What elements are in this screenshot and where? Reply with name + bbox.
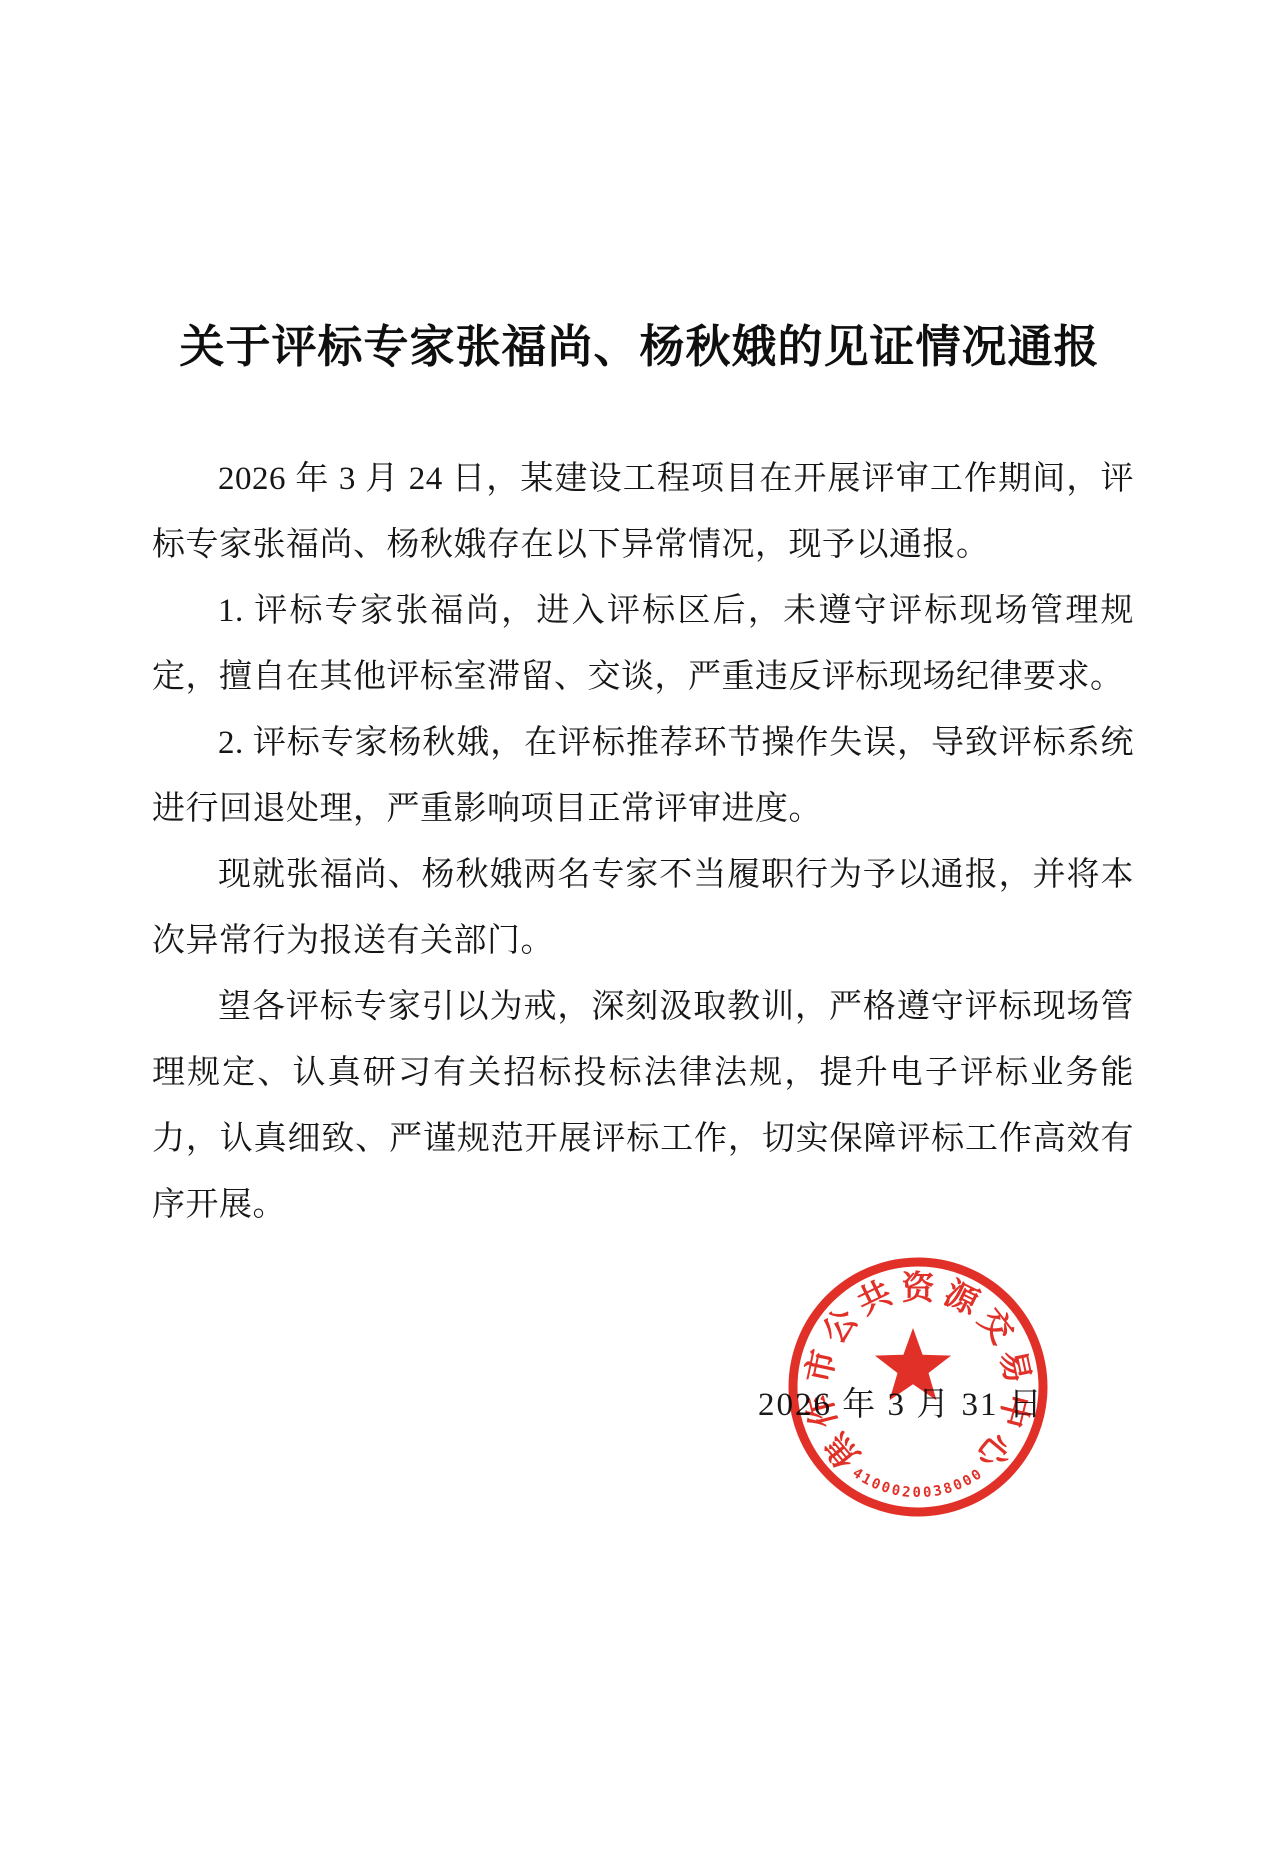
svg-text:易: 易: [993, 1347, 1036, 1387]
svg-text:中: 中: [992, 1390, 1036, 1431]
document-title: 关于评标专家张福尚、杨秋娥的见证情况通报: [0, 310, 1279, 375]
paragraph-item-1: 1. 评标专家张福尚，进入评标区后，未遵守评标现场管理规定，擅自在其他评标室滞留…: [152, 578, 1134, 710]
paragraph-warning: 望各评标专家引以为戒，深刻汲取教训，严格遵守评标现场管理规定、认真研习有关招标投…: [152, 974, 1134, 1238]
svg-text:资: 资: [902, 1270, 936, 1307]
notice-document: 关于评标专家张福尚、杨秋娥的见证情况通报 2026 年 3 月 24 日，某建设…: [0, 0, 1279, 1851]
svg-text:作: 作: [800, 1390, 844, 1431]
paragraph-item-2: 2. 评标专家杨秋娥，在评标推荐环节操作失误，导致评标系统进行回退处理，严重影响…: [152, 710, 1134, 842]
paragraph-report: 现就张福尚、杨秋娥两名专家不当履职行为予以通报，并将本次异常行为报送有关部门。: [152, 842, 1134, 974]
seal-code: 4100020038000: [849, 1465, 986, 1501]
document-body: 2026 年 3 月 24 日，某建设工程项目在开展评审工作期间，评标专家张福尚…: [152, 446, 1134, 1238]
svg-text:市: 市: [800, 1347, 843, 1387]
official-seal: 焦作市公共资源交易中心 4100020038000: [758, 1227, 1078, 1547]
red-star-icon: [875, 1328, 951, 1400]
paragraph-intro: 2026 年 3 月 24 日，某建设工程项目在开展评审工作期间，评标专家张福尚…: [152, 446, 1134, 578]
